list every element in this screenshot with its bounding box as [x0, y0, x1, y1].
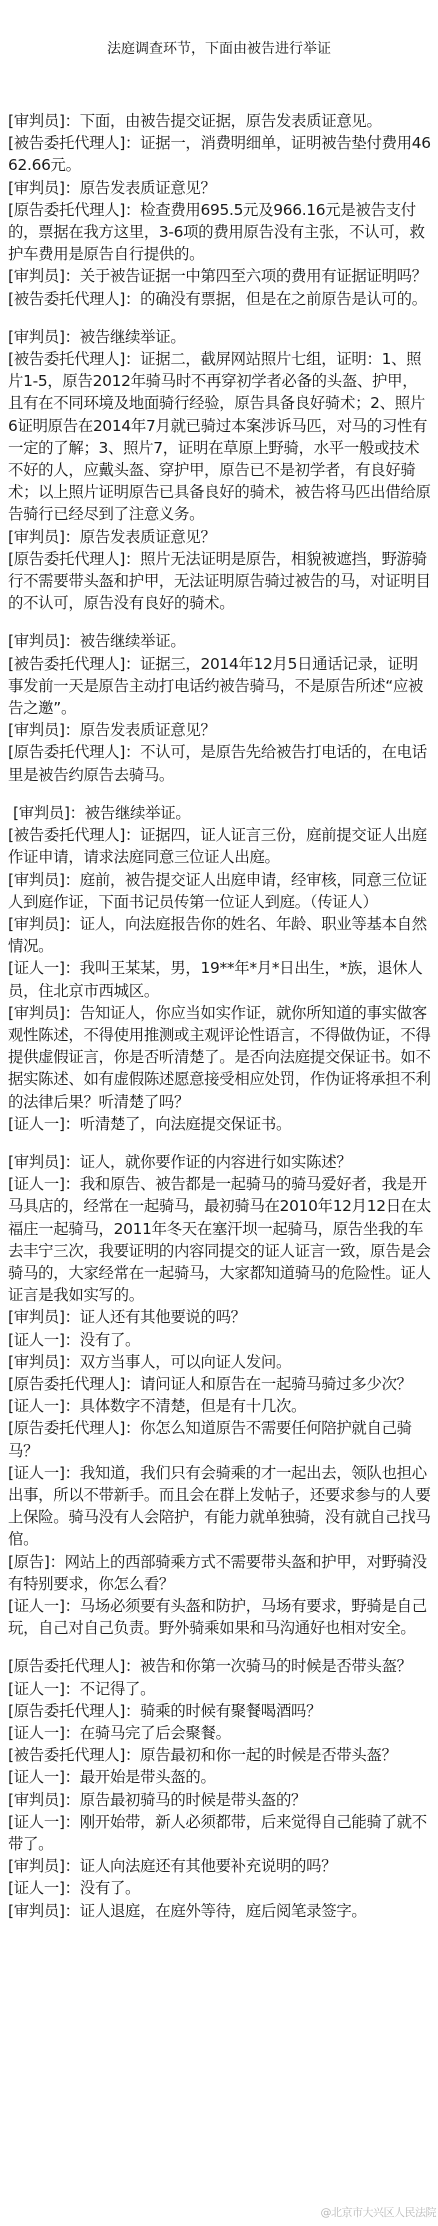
transcript-line: [审判员]：原告发表质证意见？: [8, 177, 432, 199]
transcript-line: [原告委托代理人]：骑乘的时候有聚餐喝酒吗？: [8, 1700, 432, 1722]
transcript-line: [证人一]：具体数字不清楚，但是有十几次。: [8, 1395, 432, 1417]
transcript-line: [原告委托代理人]：请问证人和原告在一起骑马骑过多少次？: [8, 1373, 432, 1395]
transcript-line: [证人一]：没有了。: [8, 1877, 432, 1899]
transcript-line: [被告委托代理人]：原告最初和你一起的时候是否带头盔？: [8, 1744, 432, 1766]
section-evidence-four: [审判员]：被告继续举证。 [被告委托代理人]：证据四，证人证言三份，庭前提交证…: [8, 802, 432, 1135]
transcript-line: [审判员]：原告发表质证意见？: [8, 719, 432, 741]
transcript-line: [审判员]：证人还有其他要说的吗？: [8, 1306, 432, 1328]
page-title: 法庭调查环节，下面由被告进行举证: [0, 39, 438, 59]
transcript-line: [证人一]：我和原告、被告都是一起骑马的骑马爱好者，我是开马具店的，经常在一起骑…: [8, 1173, 432, 1306]
transcript-line: [审判员]：告知证人，你应当如实作证，就你所知道的事实做客观性陈述，不得使用推测…: [8, 1002, 432, 1113]
transcript-line: [证人一]：马场必须要有头盔和防护，马场有要求，野骑是自己玩，自己对自己负责。野…: [8, 1595, 432, 1639]
transcript-line: [审判员]：被告继续举证。: [8, 326, 432, 348]
transcript-line: [审判员]：证人向法庭还有其他要补充说明的吗？: [8, 1855, 432, 1877]
transcript-line: [审判员]：双方当事人，可以向证人发问。: [8, 1351, 432, 1373]
transcript-line: [审判员]：被告继续举证。: [8, 630, 432, 652]
transcript-line: [审判员]：庭前，被告提交证人出庭申请，经审核，同意三位证人到庭作证，下面书记员…: [8, 869, 432, 913]
transcript-line: [审判员]：关于被告证据一中第四至六项的费用有证据证明吗？: [8, 265, 432, 287]
transcript-line: [原告委托代理人]：不认可，是原告先给被告打电话的，在电话里是被告约原告去骑马。: [8, 741, 432, 785]
transcript-line: [证人一]：我知道，我们只有会骑乘的才一起出去，领队也担心出事，所以不带新手。而…: [8, 1462, 432, 1551]
transcript-line: [证人一]：刚开始带，新人必须都带，后来觉得自己能骑了就不带了。: [8, 1811, 432, 1855]
transcript-line: [被告委托代理人]：证据二，截屏网站照片七组，证明：1、照片1-5，原告2012…: [8, 348, 432, 526]
watermark: @北京市大兴区人民法院: [321, 2204, 437, 2220]
section-gap: [8, 614, 432, 630]
section-evidence-three: [审判员]：被告继续举证。 [被告委托代理人]：证据三，2014年12月5日通话…: [8, 630, 432, 785]
transcript-line: [审判员]：下面，由被告提交证据，原告发表质证意见。: [8, 110, 432, 132]
transcript-line: [被告委托代理人]：证据一，消费明细单，证明被告垫付费用4662.66元。: [8, 132, 432, 176]
section-gap: [8, 1639, 432, 1655]
transcript: [审判员]：下面，由被告提交证据，原告发表质证意见。 [被告委托代理人]：证据一…: [8, 110, 432, 1922]
transcript-line: [审判员]：原告最初骑马的时候是带头盔的？: [8, 1789, 432, 1811]
transcript-line: [证人一]：最开始是带头盔的。: [8, 1766, 432, 1788]
transcript-line: [证人一]：不记得了。: [8, 1678, 432, 1700]
section-gap: [8, 786, 432, 802]
section-evidence-one: [审判员]：下面，由被告提交证据，原告发表质证意见。 [被告委托代理人]：证据一…: [8, 110, 432, 310]
transcript-line: [原告委托代理人]：照片无法证明是原告，相貌被遮挡，野游骑行不需要带头盔和护甲，…: [8, 548, 432, 615]
section-gap: [8, 310, 432, 326]
transcript-line: [证人一]：听清楚了，向法庭提交保证书。: [8, 1113, 432, 1135]
transcript-line: [审判员]：原告发表质证意见？: [8, 526, 432, 548]
section-witness-statement: [审判员]：证人，就你要作证的内容进行如实陈述？ [证人一]：我和原告、被告都是…: [8, 1151, 432, 1639]
transcript-line: [原告委托代理人]：检查费用695.5元及966.16元是被告支付的，票据在我方…: [8, 199, 432, 266]
transcript-line: [被告委托代理人]：的确没有票据，但是在之前原告是认可的。: [8, 288, 432, 310]
section-gap: [8, 1135, 432, 1151]
transcript-line: [证人一]：没有了。: [8, 1329, 432, 1351]
section-evidence-two: [审判员]：被告继续举证。 [被告委托代理人]：证据二，截屏网站照片七组，证明：…: [8, 326, 432, 615]
transcript-line: [原告委托代理人]：被告和你第一次骑马的时候是否带头盔？: [8, 1655, 432, 1677]
transcript-line: [证人一]：我叫王某某，男，19**年*月*日出生，*族，退休人员，住北京市西城…: [8, 957, 432, 1001]
transcript-line: [证人一]：在骑马完了后会聚餐。: [8, 1722, 432, 1744]
transcript-line: [审判员]：被告继续举证。: [8, 802, 432, 824]
transcript-line: [审判员]：证人，就你要作证的内容进行如实陈述？: [8, 1151, 432, 1173]
transcript-line: [原告]：网站上的西部骑乘方式不需要带头盔和护甲，对野骑没有特别要求，你怎么看？: [8, 1551, 432, 1595]
transcript-line: [审判员]：证人，向法庭报告你的姓名、年龄、职业等基本自然情况。: [8, 913, 432, 957]
transcript-line: [原告委托代理人]：你怎么知道原告不需要任何陪护就自己骑马？: [8, 1417, 432, 1461]
transcript-line: [被告委托代理人]：证据三，2014年12月5日通话记录，证明事发前一天是原告主…: [8, 653, 432, 720]
transcript-line: [审判员]：证人退庭，在庭外等待，庭后阅笔录签字。: [8, 1900, 432, 1922]
transcript-line: [被告委托代理人]：证据四，证人证言三份，庭前提交证人出庭作证申请，请求法庭同意…: [8, 824, 432, 868]
section-cross-examination: [原告委托代理人]：被告和你第一次骑马的时候是否带头盔？ [证人一]：不记得了。…: [8, 1655, 432, 1921]
